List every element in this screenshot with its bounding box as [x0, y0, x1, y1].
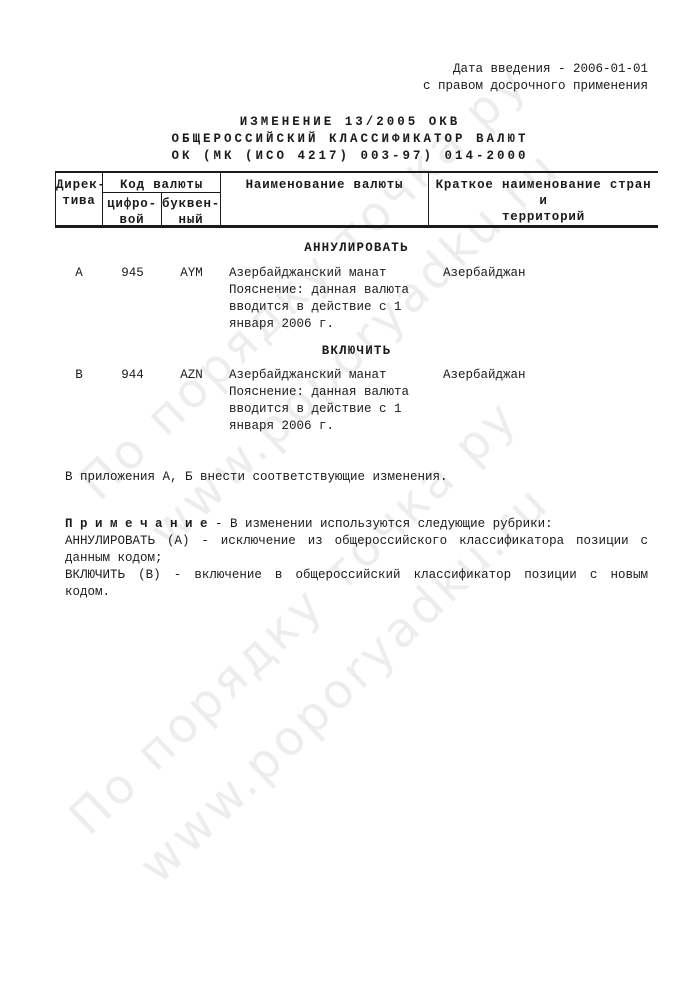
row-numeric-code: 945: [103, 265, 162, 282]
section-heading-annul: АННУЛИРОВАТЬ: [55, 240, 658, 257]
note-rubric-annul: АННУЛИРОВАТЬ (А) - исключение из общерос…: [65, 533, 648, 550]
note-rubric-include: ВКЛЮЧИТЬ (В) - включение в общероссийски…: [65, 567, 648, 584]
column-header-alpha-code: буквен- ный: [162, 193, 221, 225]
row-currency-name: Азербайджанский манат Пояснение: данная …: [221, 367, 429, 435]
document-content: Дата введения - 2006-01-01 с правом доср…: [0, 0, 700, 990]
row-directive: А: [55, 265, 103, 282]
note-rubric-annul-cont: данным кодом;: [65, 550, 648, 567]
row-country: Азербайджан: [429, 367, 658, 384]
row-country: Азербайджан: [429, 265, 658, 282]
table-row: А 945 AYM Азербайджанский манат Пояснени…: [55, 265, 658, 333]
early-application-line: с правом досрочного применения: [423, 78, 648, 95]
table-row: В 944 AZN Азербайджанский манат Пояснени…: [55, 367, 658, 435]
column-header-currency-code: Код валюты: [103, 173, 221, 193]
note-label: П р и м е ч а н и е: [65, 517, 208, 531]
row-numeric-code: 944: [103, 367, 162, 384]
currency-table-header: Дирек- тива Код валюты цифро- вой буквен…: [55, 171, 658, 228]
introduction-date-line: Дата введения - 2006-01-01: [423, 61, 648, 78]
title-line-classifier-name: ОБЩЕРОССИЙСКИЙ КЛАССИФИКАТОР ВАЛЮТ: [0, 131, 700, 148]
column-header-directive: Дирек- тива: [55, 173, 103, 225]
section-heading-include: ВКЛЮЧИТЬ: [55, 343, 658, 360]
note-intro-text: - В изменении используются следующие руб…: [208, 517, 553, 531]
column-header-currency-name: Наименование валюты: [221, 173, 429, 225]
appendix-note: В приложения А, Б внести соответствующие…: [65, 469, 648, 486]
row-directive: В: [55, 367, 103, 384]
title-line-change-number: ИЗМЕНЕНИЕ 13/2005 ОКВ: [0, 114, 700, 131]
column-header-numeric-code: цифро- вой: [103, 193, 162, 225]
document-title: ИЗМЕНЕНИЕ 13/2005 ОКВ ОБЩЕРОССИЙСКИЙ КЛА…: [0, 114, 700, 165]
row-alpha-code: AZN: [162, 367, 221, 384]
column-header-countries: Краткое наименование стран и территорий: [429, 173, 658, 225]
note-intro-line: П р и м е ч а н и е - В изменении исполь…: [65, 516, 648, 533]
document-page: По порядку точка ру www.poporyadku.ru По…: [0, 0, 700, 990]
introduction-date-block: Дата введения - 2006-01-01 с правом доср…: [423, 61, 648, 95]
row-currency-name: Азербайджанский манат Пояснение: данная …: [221, 265, 429, 333]
note-rubric-include-cont: кодом.: [65, 584, 648, 601]
note-block: П р и м е ч а н и е - В изменении исполь…: [65, 516, 648, 601]
title-line-classifier-code: ОК (МК (ИСО 4217) 003-97) 014-2000: [0, 148, 700, 165]
row-alpha-code: AYM: [162, 265, 221, 282]
